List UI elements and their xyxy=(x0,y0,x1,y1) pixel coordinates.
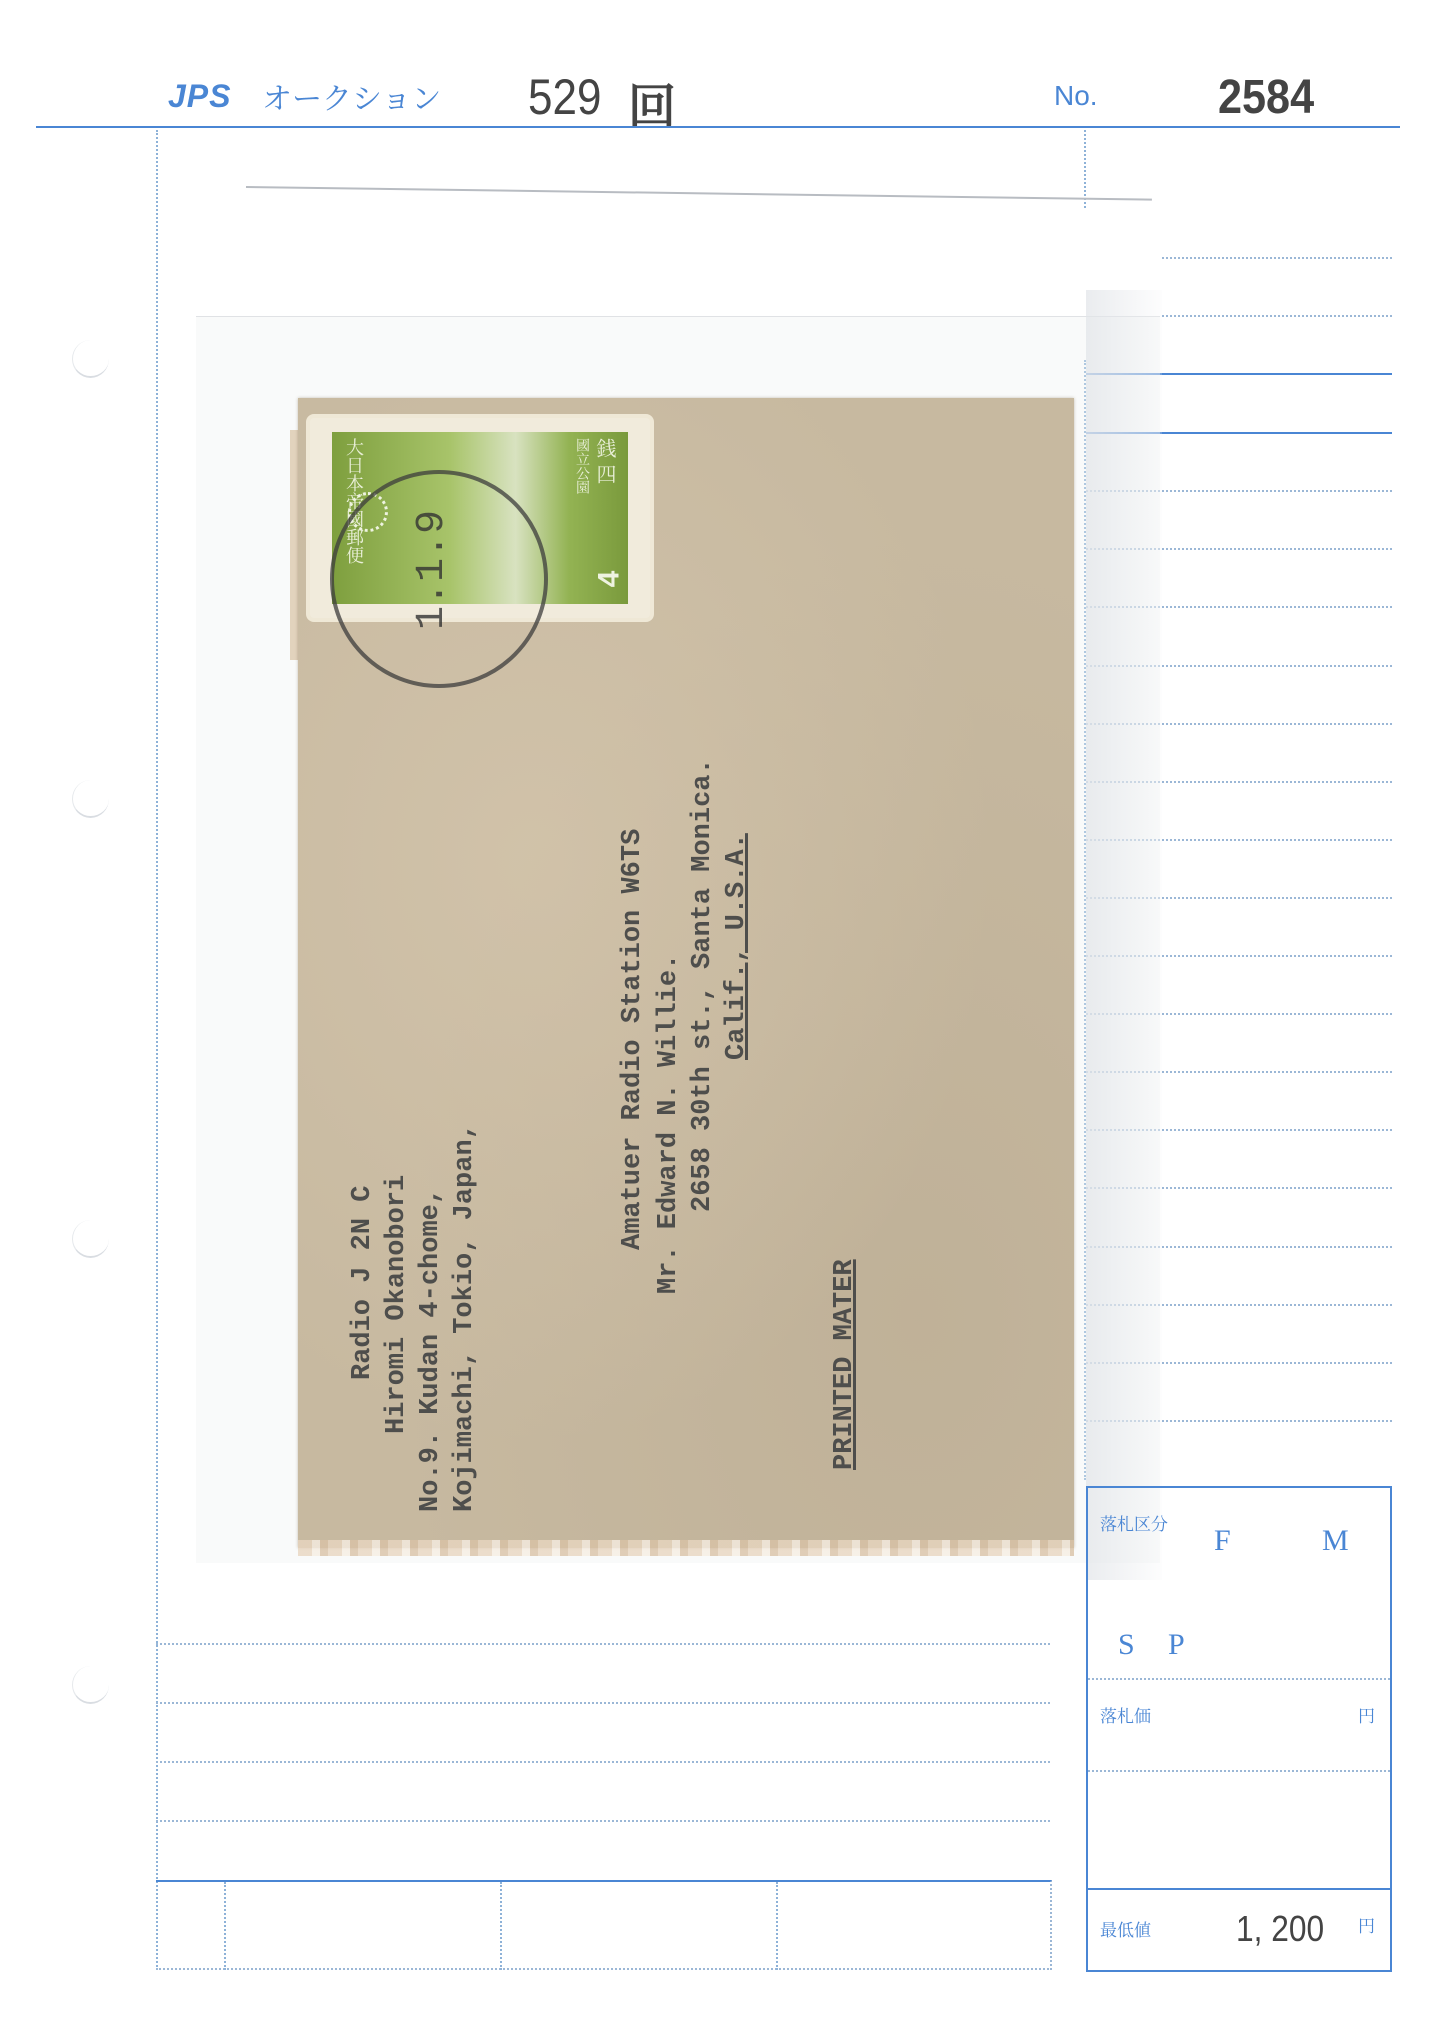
stamp-unit: 銭 xyxy=(591,438,620,458)
infobox-divider xyxy=(1088,1678,1390,1680)
lot-number: 2584 xyxy=(1218,70,1314,125)
winning-price-label: 落札価 xyxy=(1100,1702,1151,1727)
award-code-f[interactable]: F xyxy=(1214,1524,1231,1558)
grid-divider xyxy=(776,1882,778,1970)
brand-auction-label: オークション xyxy=(262,74,441,118)
recipient-line: 2658 30th st., Santa Monica. xyxy=(686,758,720,1212)
sheet-right-guide-top xyxy=(1084,130,1086,208)
printed-matter-marking: PRINTED MATER xyxy=(828,1259,862,1470)
stamp-sen-label: 四 xyxy=(591,464,620,484)
min-yen-unit: 円 xyxy=(1358,1912,1375,1937)
binder-hole xyxy=(72,1666,109,1704)
infobox-divider xyxy=(1088,1770,1390,1772)
award-code-s[interactable]: S xyxy=(1118,1628,1135,1662)
recipient-line: Amatuer Radio Station W6TS xyxy=(616,829,650,1250)
ruled-line xyxy=(156,1643,1050,1645)
award-code-m[interactable]: M xyxy=(1322,1524,1349,1558)
grid-divider xyxy=(224,1882,226,1970)
award-code-p[interactable]: P xyxy=(1168,1628,1185,1662)
sender-line: Hiromi Okanobori xyxy=(380,1175,414,1434)
min-price-value: 1, 200 xyxy=(1236,1908,1324,1950)
min-price-label: 最低値 xyxy=(1100,1916,1151,1941)
binder-hole xyxy=(72,340,109,378)
stamp-issue-text: 國立公園 xyxy=(572,438,592,494)
sender-line: Radio J 2N C xyxy=(346,1186,380,1380)
ruled-line xyxy=(156,1820,1050,1822)
auction-info-box: 落札区分 F M S P 落札価 円 最低値 1, 200 円 xyxy=(1086,1486,1392,1972)
header-rule xyxy=(36,126,1400,128)
yen-unit: 円 xyxy=(1358,1702,1375,1727)
ruled-line xyxy=(156,1761,1050,1763)
sender-line: No.9. Kudan 4-chome, xyxy=(414,1188,448,1512)
session-number: 529 xyxy=(528,68,601,126)
stamp-denomination: 4 xyxy=(593,571,627,588)
binder-hole xyxy=(72,1220,109,1258)
sheet-left-guide xyxy=(156,130,158,1970)
postmark-date: 1.1.9 xyxy=(410,510,455,630)
brand-logo: JPS xyxy=(168,78,231,115)
bottom-grid xyxy=(156,1880,1052,1970)
recipient-line: Mr. Edward N. Willie. xyxy=(652,954,686,1294)
lot-number-label: No. xyxy=(1054,80,1098,112)
award-class-label: 落札区分 xyxy=(1100,1510,1168,1535)
grid-divider xyxy=(500,1882,502,1970)
sleeve-right-edge xyxy=(1086,290,1162,1580)
envelope-torn-edge xyxy=(298,1540,1074,1556)
sleeve-top-edge xyxy=(246,186,1152,201)
sender-line: Kojimachi, Tokio, Japan, xyxy=(448,1123,482,1512)
winning-price-field[interactable] xyxy=(1208,1694,1348,1724)
recipient-line: Calif., U.S.A. xyxy=(720,833,754,1060)
ruled-line xyxy=(1162,257,1392,259)
ruled-line xyxy=(156,1702,1050,1704)
ruled-line xyxy=(1162,315,1392,317)
binder-hole xyxy=(72,780,109,818)
infobox-divider-solid xyxy=(1088,1888,1390,1890)
